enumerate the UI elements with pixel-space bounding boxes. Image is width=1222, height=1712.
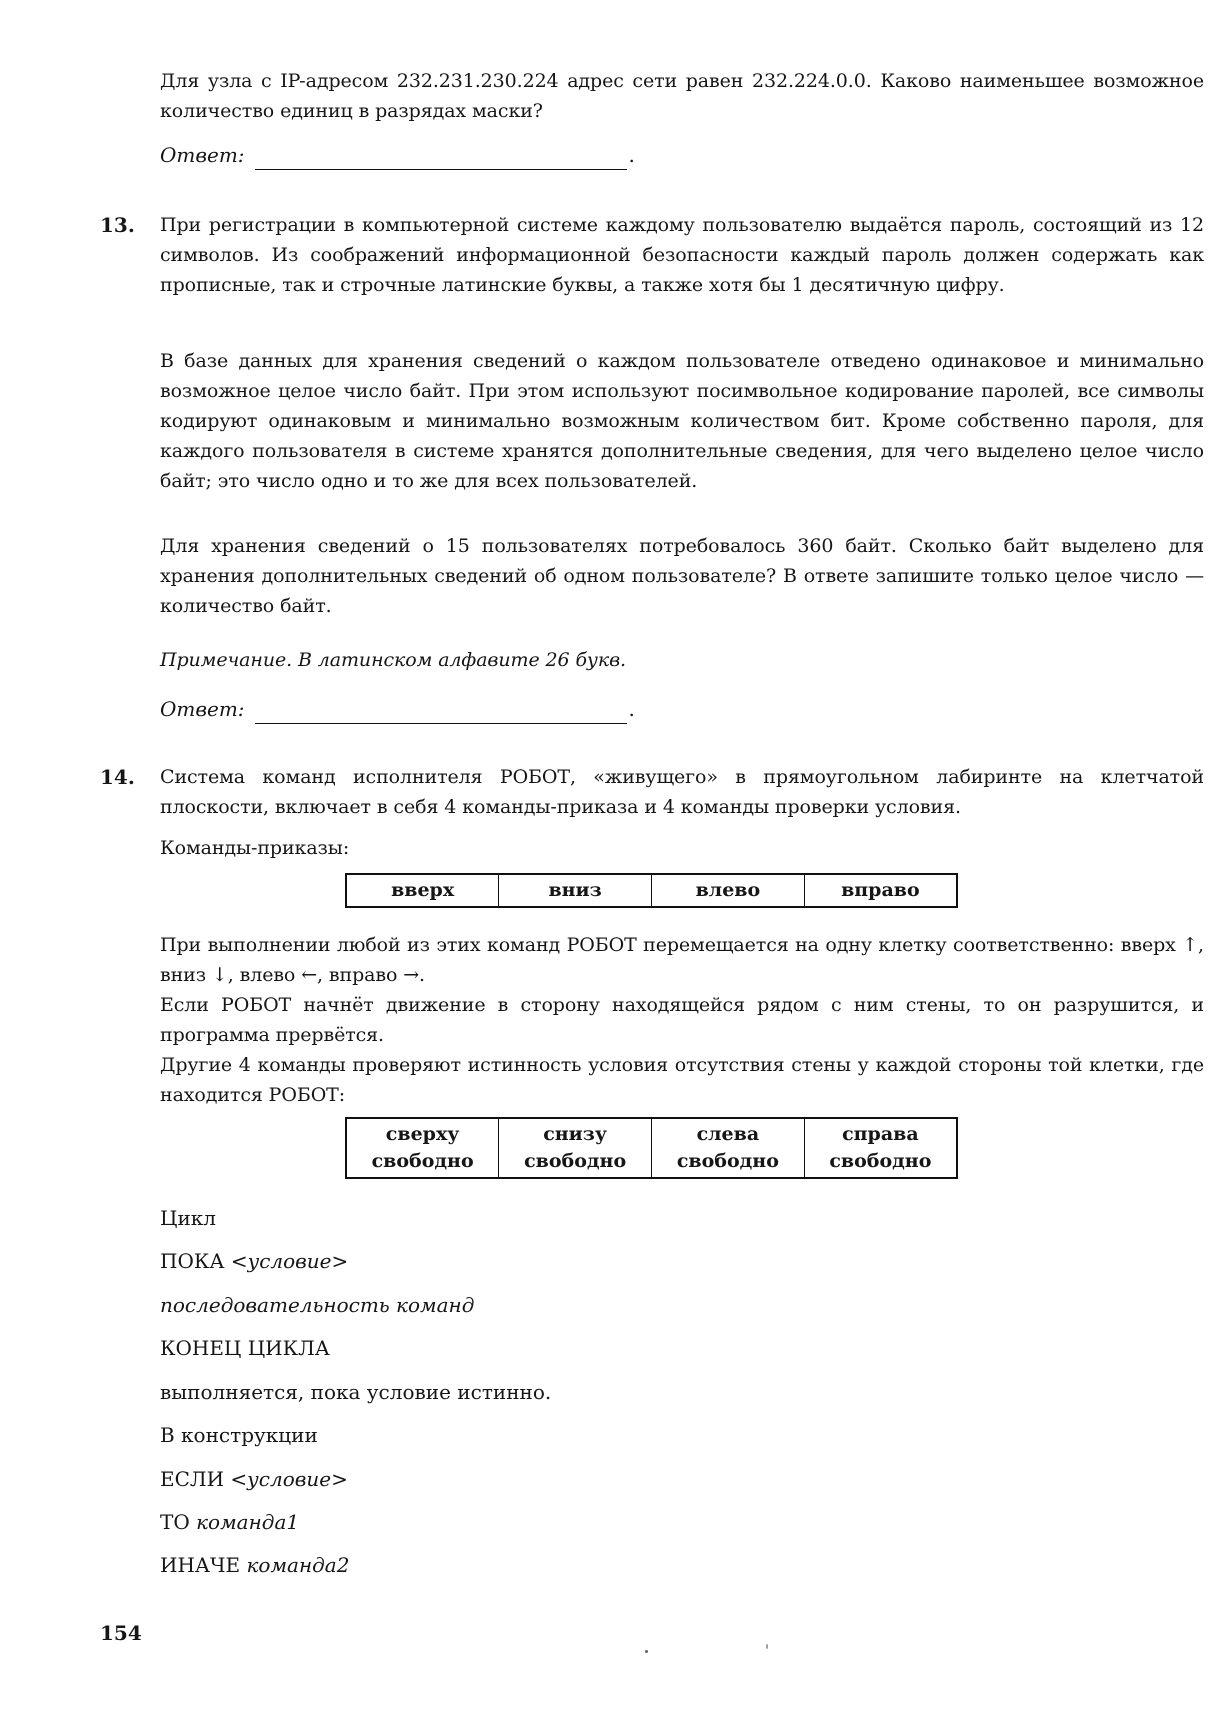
task13-note: Примечание. В латинском алфавите 26 букв… [160, 645, 1204, 675]
task12-question: Для узла с IP-адресом 232.231.230.224 ад… [160, 66, 1204, 126]
check-up: сверхусвободно [346, 1118, 499, 1178]
task12-answer: Ответ: . [160, 140, 635, 170]
cmd-right: вправо [804, 874, 957, 907]
loop-desc: выполняется, пока условие истинно. [160, 1377, 551, 1407]
loop-end: КОНЕЦ ЦИКЛА [160, 1333, 330, 1363]
task13-answer: Ответ: . [160, 694, 635, 724]
answer-blank[interactable] [255, 701, 627, 724]
task14-intro: Система команд исполнителя РОБОТ, «живущ… [160, 762, 1204, 822]
task13-para3: Для хранения сведений о 15 пользователях… [160, 531, 1204, 621]
ifelse-else: ИНАЧЕ команда2 [160, 1550, 349, 1580]
cmd-up: вверх [346, 874, 499, 907]
check-left: слевасвободно [652, 1118, 805, 1178]
cmd-left: влево [652, 874, 805, 907]
loop-while: ПОКА <условие> [160, 1246, 348, 1276]
page-number: 154 [100, 1618, 142, 1648]
answer-blank[interactable] [255, 147, 627, 170]
task14-number: 14. [100, 762, 135, 792]
answer-label: Ответ: [160, 694, 245, 724]
task12-text: Для узла с IP-адресом 232.231.230.224 ад… [160, 66, 1204, 126]
task14-orders-label: Команды-приказы: [160, 833, 1204, 863]
answer-label: Ответ: [160, 140, 245, 170]
ifelse-if: ЕСЛИ <условие> [160, 1464, 348, 1494]
check-right: справасвободно [804, 1118, 957, 1178]
order-commands-table: вверх вниз влево вправо [345, 873, 958, 908]
check-commands-table: сверхусвободно снизусвободно слевасвобод… [345, 1117, 958, 1179]
ifelse-then: ТО команда1 [160, 1507, 299, 1537]
scan-speck [766, 1644, 768, 1649]
task13-para2: В базе данных для хранения сведений о ка… [160, 346, 1204, 496]
textbook-page: Для узла с IP-адресом 232.231.230.224 ад… [0, 0, 1222, 1712]
scan-speck [645, 1650, 648, 1653]
task14-move-text: При выполнении любой из этих команд РОБО… [160, 930, 1204, 1110]
task13-para1: При регистрации в компьютерной системе к… [160, 210, 1204, 300]
ifelse-intro: В конструкции [160, 1420, 318, 1450]
task13-number: 13. [100, 210, 135, 240]
check-down: снизусвободно [499, 1118, 652, 1178]
loop-title: Цикл [160, 1203, 216, 1233]
loop-body: последовательность команд [160, 1290, 474, 1320]
cmd-down: вниз [499, 874, 652, 907]
